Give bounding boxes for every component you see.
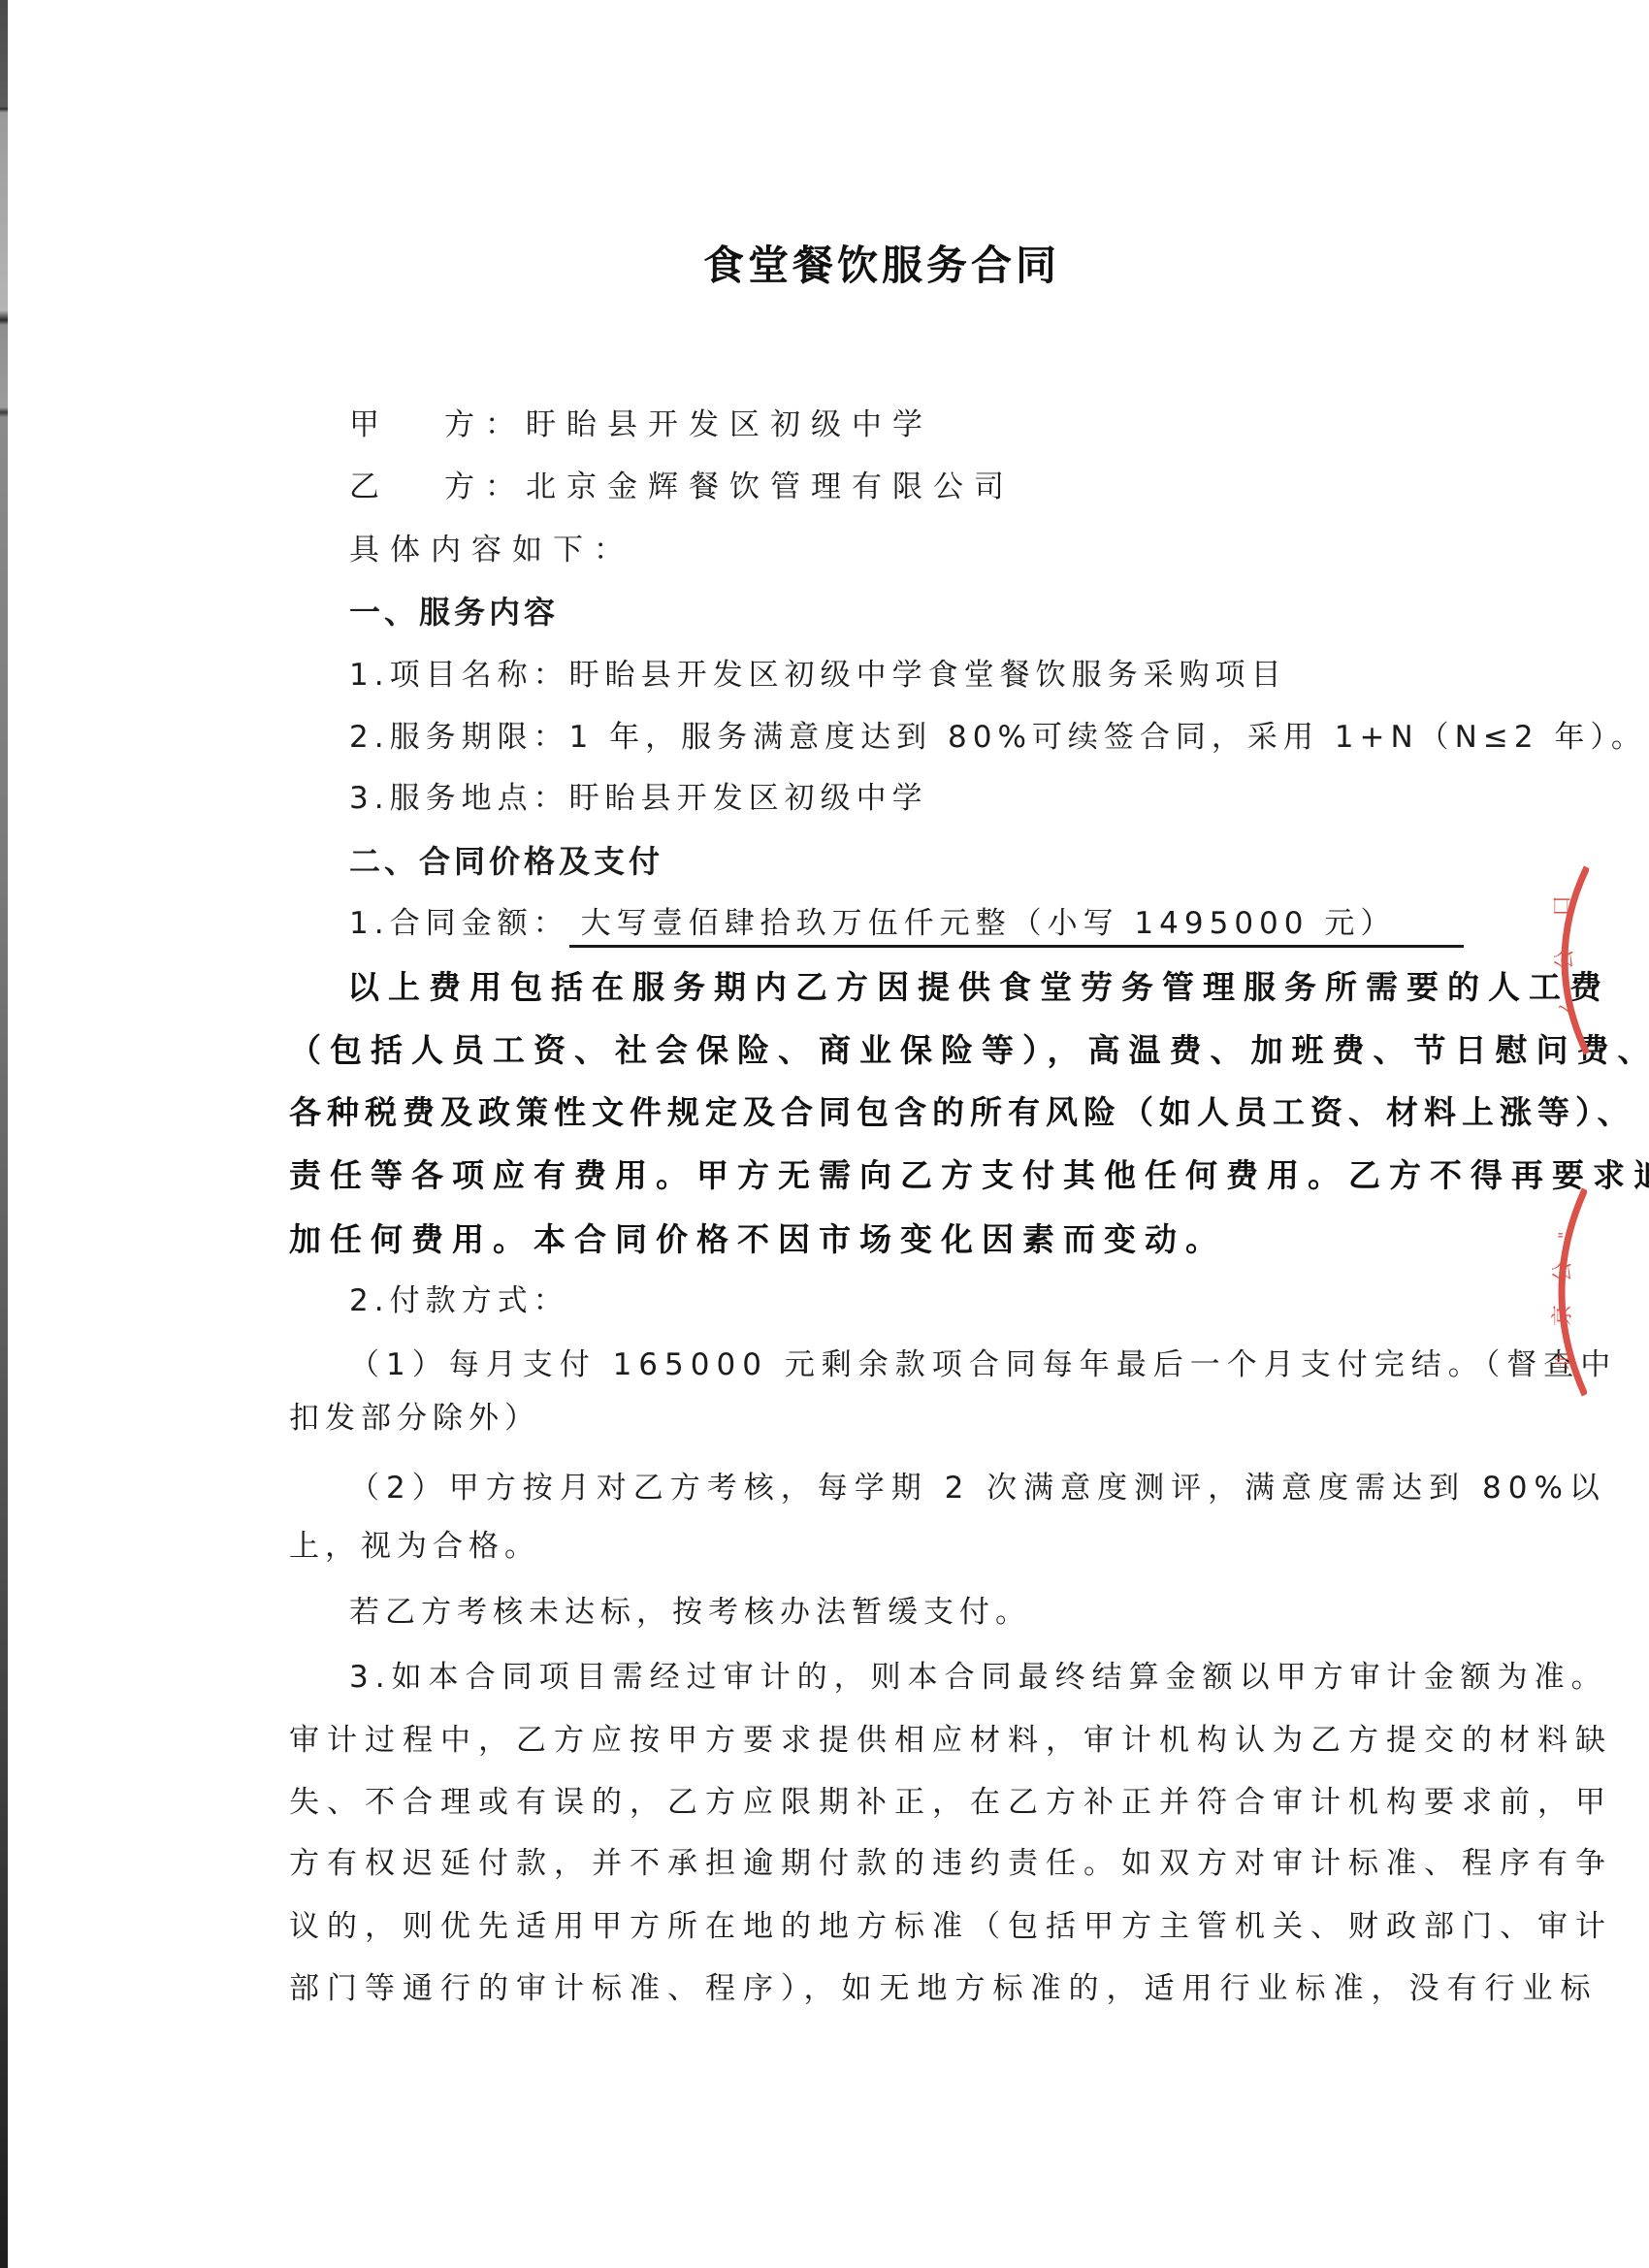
contract-page: 食堂餐饮服务合同 甲方：盱眙县开发区初级中学 乙方：北京金辉餐饮管理有限公司 具…: [8, 0, 1649, 2268]
fee-paragraph-line-3: 各种税费及政策性文件规定及合同包含的所有风险（如人员工资、材料上涨等）、: [289, 1093, 1635, 1132]
audit-clause-line-6: 部门等通行的审计标准、程序），如无地方标准的，适用行业标准，没有行业标: [289, 1969, 1599, 2008]
fee-paragraph-line-1: 以上费用包括在服务期内乙方因提供食堂劳务管理服务所需要的人工费: [347, 968, 1610, 1007]
audit-clause-line-4: 方有权迟延付款，并不承担逾期付款的违约责任。如双方对审计标准、程序有争: [289, 1844, 1613, 1883]
audit-clause-line-1: 3.如本合同项目需经过审计的，则本合同最终结算金额以甲方审计金额为准。: [349, 1658, 1608, 1697]
section1-item-project-name: 1.项目名称：盱眙县开发区初级中学食堂餐饮服务采购项目: [349, 656, 1287, 695]
svg-text:京: 京: [1551, 1305, 1575, 1326]
payment-note: 若乙方考核未达标，按考核办法暂缓支付。: [349, 1593, 1031, 1632]
payment-item-1-line-2: 扣发部分除外）: [289, 1399, 540, 1438]
svg-text:公: 公: [1551, 1261, 1575, 1282]
audit-clause-line-2: 审计过程中，乙方应按甲方要求提供相应材料，审计机构认为乙方提交的材料缺: [289, 1721, 1613, 1760]
party-b-line: 乙方：北京金辉餐饮管理有限公司: [349, 468, 1015, 506]
document-title: 食堂餐饮服务合同: [703, 243, 1060, 289]
section2-heading: 二、合同价格及支付: [349, 842, 663, 881]
audit-clause-line-5: 议的，则优先适用甲方所在地的地方标准（包括甲方主管机关、财政部门、审计: [289, 1907, 1613, 1946]
fee-paragraph-line-4: 责任等各项应有费用。甲方无需向乙方支付其他任何费用。乙方不得再要求追: [289, 1156, 1649, 1195]
section1-item-service-location: 3.服务地点：盱眙县开发区初级中学: [349, 779, 928, 818]
party-b-label: 乙: [349, 468, 444, 506]
svg-text:北: 北: [1554, 1352, 1574, 1370]
red-seal-fragment-2: " 公 京 北: [1540, 1185, 1587, 1399]
section1-item-service-period: 2.服务期限：1 年，服务满意度达到 80%可续签合同，采用 1+N（N≤2 年…: [349, 718, 1647, 757]
party-a-name: 盱眙县开发区初级中学: [526, 407, 933, 442]
svg-text:": ": [1555, 1232, 1573, 1239]
payment-item-1-line-1: （1）每月支付 165000 元剩余款项合同每年最后一个月支付完结。（督查中: [349, 1345, 1617, 1384]
fee-paragraph-line-2: （包括人员工资、社会保险、商业保险等），高温费、加班费、节日慰问费、: [289, 1031, 1649, 1070]
payment-item-2-line-1: （2）甲方按月对乙方考核，每学期 2 次满意度测评，满意度需达到 80%以: [349, 1469, 1606, 1507]
svg-text:公: 公: [1553, 949, 1577, 970]
contract-amount-label: 1.合同金额：: [349, 906, 569, 941]
red-seal-fragment-1: 口 公 ノ: [1542, 863, 1589, 1057]
audit-clause-line-3: 失、不合理或有误的，乙方应限期补正，在乙方补正并符合审计机构要求前，甲: [289, 1783, 1613, 1822]
payment-method-heading: 2.付款方式：: [349, 1281, 569, 1320]
party-b-name: 北京金辉餐饮管理有限公司: [526, 470, 1015, 504]
party-a-suffix: 方：: [444, 407, 526, 442]
scan-edge-shadow: [0, 0, 8, 2268]
contract-amount-value: 大写壹佰肆拾玖万伍仟元整（小写 1495000 元）: [569, 904, 1465, 948]
party-a-line: 甲方：盱眙县开发区初级中学: [349, 405, 933, 444]
svg-text:口: 口: [1551, 895, 1575, 917]
party-a-label: 甲: [349, 405, 444, 444]
fee-paragraph-line-5: 加任何费用。本合同价格不因市场变化因素而变动。: [289, 1220, 1226, 1259]
intro-text: 具体内容如下：: [349, 531, 634, 569]
contract-amount-line: 1.合同金额：大写壹佰肆拾玖万伍仟元整（小写 1495000 元）: [349, 904, 1464, 948]
party-b-suffix: 方：: [444, 470, 526, 504]
payment-item-2-line-2: 上，视为合格。: [289, 1527, 540, 1566]
svg-text:ノ: ノ: [1556, 1001, 1576, 1019]
section1-heading: 一、服务内容: [349, 593, 559, 632]
